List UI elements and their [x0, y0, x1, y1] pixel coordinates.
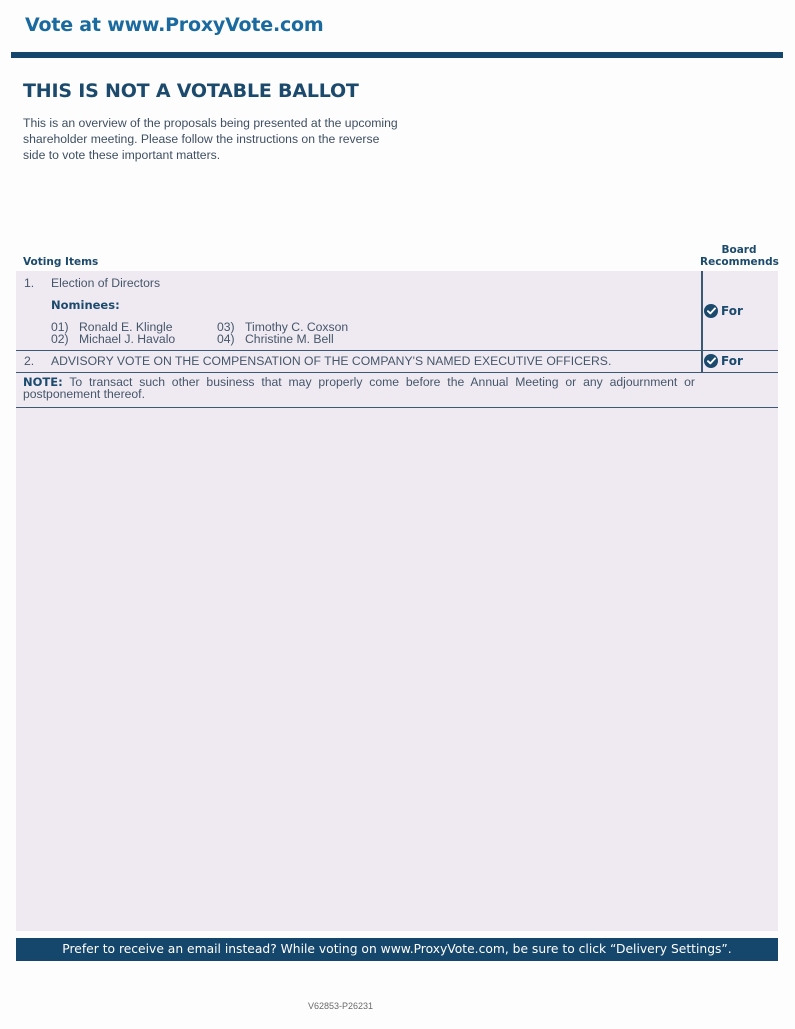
check-circle-icon — [704, 304, 718, 318]
note-text: NOTE: To transact such other business th… — [23, 376, 695, 400]
voting-item-row: 2. ADVISORY VOTE ON THE COMPENSATION OF … — [16, 351, 778, 373]
voting-items-header: Voting Items — [23, 256, 98, 268]
nominee: 02)Michael J. Havalo — [51, 333, 175, 345]
intro-text: This is an overview of the proposals bei… — [23, 115, 403, 163]
nominee-number: 04) — [217, 333, 245, 345]
voting-item-row: 1. Election of Directors Nominees: 01)Ro… — [16, 271, 778, 351]
board-recommends-header: Board Recommends — [700, 244, 778, 268]
board-recommendation: For — [704, 354, 743, 368]
vote-at-link[interactable]: Vote at www.ProxyVote.com — [25, 14, 324, 36]
item-number: 2. — [24, 354, 34, 368]
nominee-name: Christine M. Bell — [245, 332, 334, 346]
board-recommends-line2: Recommends — [700, 256, 778, 268]
email-delivery-banner: Prefer to receive an email instead? Whil… — [16, 938, 778, 961]
nominee-number: 02) — [51, 333, 79, 345]
note-row: NOTE: To transact such other business th… — [16, 373, 778, 408]
nominee-name: Michael J. Havalo — [79, 332, 175, 346]
item-text: Election of Directors — [51, 276, 160, 290]
board-recommends-line1: Board — [700, 244, 778, 256]
header-rule — [11, 52, 783, 58]
nominees-label: Nominees: — [51, 298, 120, 312]
column-divider — [701, 271, 703, 373]
item-number: 1. — [24, 276, 34, 290]
note-body: To transact such other business that may… — [23, 375, 695, 401]
recommendation-label: For — [721, 304, 743, 318]
item-text: ADVISORY VOTE ON THE COMPENSATION OF THE… — [51, 354, 611, 368]
board-recommendation: For — [704, 304, 743, 318]
page-title: THIS IS NOT A VOTABLE BALLOT — [23, 80, 359, 102]
document-code: V62853-P26231 — [308, 1001, 373, 1011]
recommendation-label: For — [721, 354, 743, 368]
nominee: 04)Christine M. Bell — [217, 333, 334, 345]
check-circle-icon — [704, 354, 718, 368]
